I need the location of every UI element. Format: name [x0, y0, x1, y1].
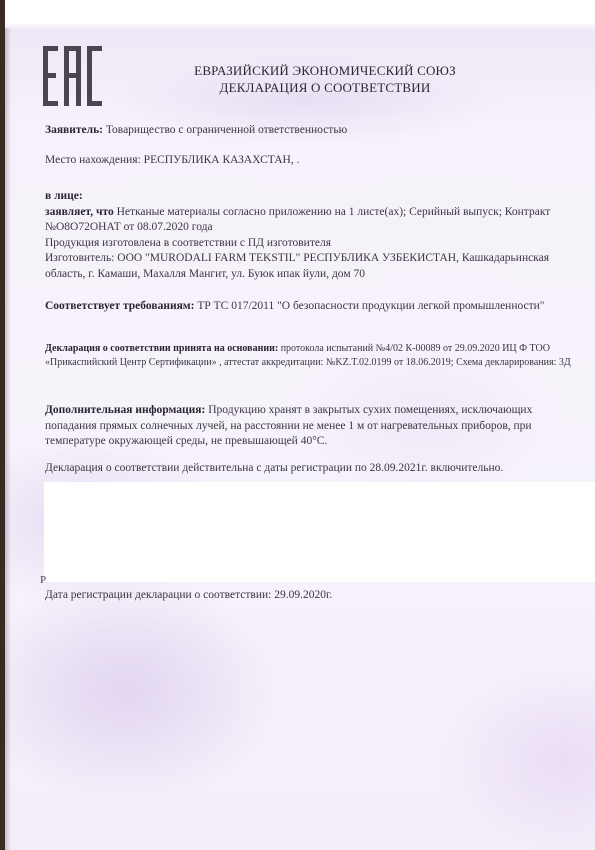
additional-info-block: Дополнительная информация: Продукцию хра…: [45, 403, 585, 450]
title-declaration: ДЕКЛАРАЦИЯ О СООТВЕТСТВИИ: [150, 79, 500, 96]
basis-block: Декларация о соответствии принята на осн…: [45, 342, 585, 369]
partial-letter: Р: [40, 574, 46, 586]
registration-date-line: Дата регистрации декларации о соответств…: [45, 588, 585, 604]
eac-mark-icon: [42, 45, 104, 107]
location-label: Место нахождения:: [45, 154, 141, 166]
location-value: РЕСПУБЛИКА КАЗАХСТАН, .: [144, 154, 300, 166]
declaration-block: в лице: заявляет, что Нетканые материалы…: [45, 189, 585, 282]
states-text: Нетканые материалы согласно приложению н…: [45, 206, 550, 234]
compliance-value: ТР ТС 017/2011 "О безопасности продукции…: [197, 300, 544, 312]
states-label: заявляет, что: [45, 206, 114, 218]
produced-text: Продукция изготовлена в соответствии с П…: [45, 236, 585, 252]
applicant-line: Заявитель: Товарищество с ограниченной о…: [45, 123, 585, 139]
declaration-statement: заявляет, что Нетканые материалы согласн…: [45, 205, 585, 236]
applicant-label: Заявитель:: [45, 124, 103, 136]
page-edge-shadow: [5, 28, 11, 850]
compliance-block: Соответствует требованиям: ТР ТС 017/201…: [45, 299, 545, 315]
redacted-signature-area: [44, 482, 595, 582]
compliance-label: Соответствует требованиям:: [45, 300, 194, 312]
represented-by-label: в лице:: [45, 189, 585, 205]
validity-line: Декларация о соответствии действительна …: [45, 461, 585, 477]
location-line: Место нахождения: РЕСПУБЛИКА КАЗАХСТАН, …: [45, 153, 585, 169]
title-union: ЕВРАЗИЙСКИЙ ЭКОНОМИЧЕСКИЙ СОЮЗ: [150, 62, 500, 79]
basis-label: Декларация о соответствии принята на осн…: [45, 343, 278, 354]
applicant-value: Товарищество с ограниченной ответственно…: [106, 124, 347, 136]
additional-label: Дополнительная информация:: [45, 404, 205, 416]
manufacturer-text: Изготовитель: ООО "MURODALI FARM TEKSTIL…: [45, 251, 585, 282]
document-title: ЕВРАЗИЙСКИЙ ЭКОНОМИЧЕСКИЙ СОЮЗ ДЕКЛАРАЦИ…: [150, 62, 500, 96]
